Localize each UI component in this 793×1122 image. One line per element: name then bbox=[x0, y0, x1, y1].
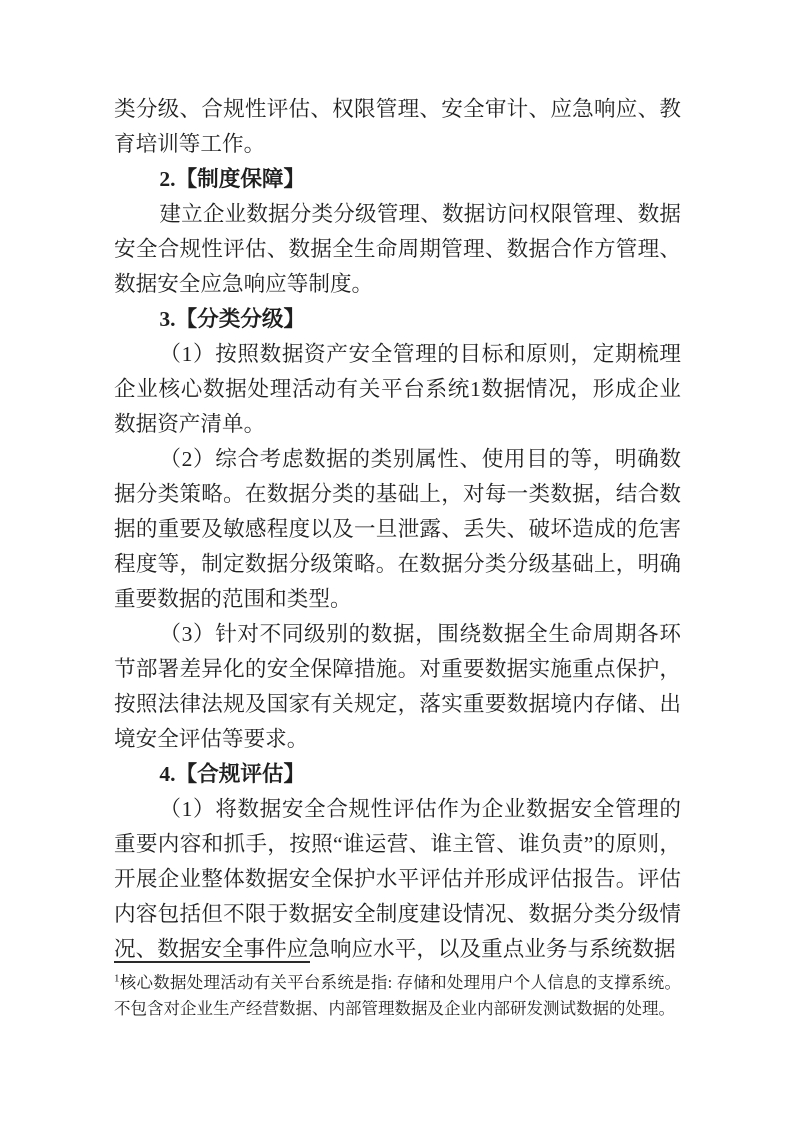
paragraph-classification-item-3: （3）针对不同级别的数据，围绕数据全生命周期各环节部署差异化的安全保障措施。对重… bbox=[114, 617, 681, 757]
footnote-section: 1核心数据处理活动有关平台系统是指: 存储和处理用户个人信息的支撑系统。不包含对… bbox=[114, 961, 681, 1022]
section-heading-compliance-assessment: 4.【合规评估】 bbox=[114, 757, 681, 792]
paragraph-institutional-safeguards: 建立企业数据分类分级管理、数据访问权限管理、数据安全合规性评估、数据全生命周期管… bbox=[114, 197, 681, 302]
paragraph-classification-item-2: （2）综合考虑数据的类别属性、使用目的等，明确数据分类策略。在数据分类的基础上，… bbox=[114, 442, 681, 617]
footnote: 1核心数据处理活动有关平台系统是指: 存储和处理用户个人信息的支撑系统。不包含对… bbox=[114, 970, 681, 1022]
footnote-text: 核心数据处理活动有关平台系统是指: 存储和处理用户个人信息的支撑系统。不包含对企… bbox=[114, 973, 681, 1018]
paragraph-compliance-item-1: （1）将数据安全合规性评估作为企业数据安全管理的重要内容和抓手，按照“谁运营、谁… bbox=[114, 792, 681, 967]
paragraph-continued: 类分级、合规性评估、权限管理、安全审计、应急响应、教育培训等工作。 bbox=[114, 92, 681, 162]
document-page: 类分级、合规性评估、权限管理、安全审计、应急响应、教育培训等工作。 2.【制度保… bbox=[0, 0, 793, 1122]
paragraph-classification-item-1: （1）按照数据资产安全管理的目标和原则，定期梳理企业核心数据处理活动有关平台系统… bbox=[114, 337, 681, 442]
document-body: 类分级、合规性评估、权限管理、安全审计、应急响应、教育培训等工作。 2.【制度保… bbox=[114, 92, 681, 967]
footnote-reference: 1 bbox=[470, 377, 481, 401]
section-heading-classification-grading: 3.【分类分级】 bbox=[114, 302, 681, 337]
section-heading-institutional-safeguards: 2.【制度保障】 bbox=[114, 162, 681, 197]
footnote-separator-rule bbox=[114, 961, 310, 963]
